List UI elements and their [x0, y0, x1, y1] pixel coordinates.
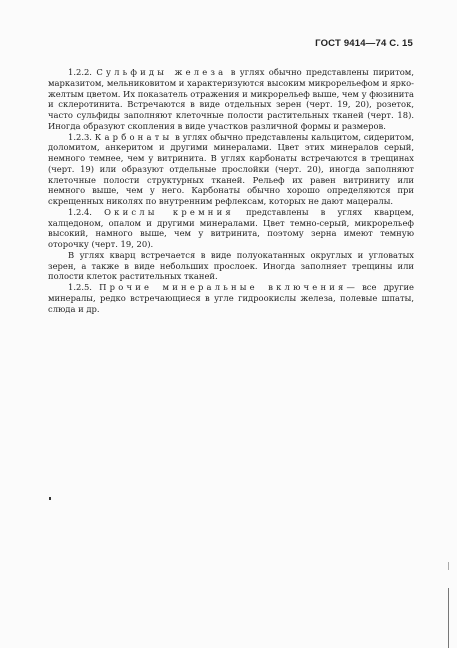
section-term: Прочие минеральные включения — [99, 282, 346, 292]
document-body: 1.2.2. Сульфиды железа в углях обычно пр… — [48, 67, 414, 314]
paragraph-1-2-5: 1.2.5. Прочие минеральные включения— все… — [48, 282, 414, 314]
section-term: Карбонаты — [95, 132, 173, 142]
section-text: В углях кварц встречается в виде полуока… — [48, 250, 414, 282]
paragraph-1-2-2: 1.2.2. Сульфиды железа в углях обычно пр… — [48, 67, 414, 132]
page-header: ГОСТ 9414—74 С. 15 — [315, 38, 413, 49]
scan-edge-line — [448, 588, 449, 648]
paragraph-1-2-4: 1.2.4. Окислы кремния представлены в угл… — [48, 207, 414, 250]
section-number: 1.2.5. — [68, 282, 92, 292]
paragraph-1-2-3: 1.2.3. Карбонаты в углях обычно представ… — [48, 132, 414, 207]
page-number: С. 15 — [389, 38, 413, 49]
scan-edge-mark — [448, 562, 449, 570]
section-number: 1.2.4. — [68, 207, 92, 217]
section-text: в углях обычно представлены кальцитом, с… — [48, 132, 414, 207]
scan-speck — [49, 497, 51, 500]
section-term: Окислы кремния — [104, 207, 234, 217]
paragraph-quartz: В углях кварц встречается в виде полуока… — [48, 250, 414, 282]
section-number: 1.2.2. — [68, 67, 92, 77]
standard-number: ГОСТ 9414—74 — [315, 38, 386, 49]
section-term: Сульфиды железа — [96, 67, 226, 77]
section-number: 1.2.3. — [68, 132, 92, 142]
